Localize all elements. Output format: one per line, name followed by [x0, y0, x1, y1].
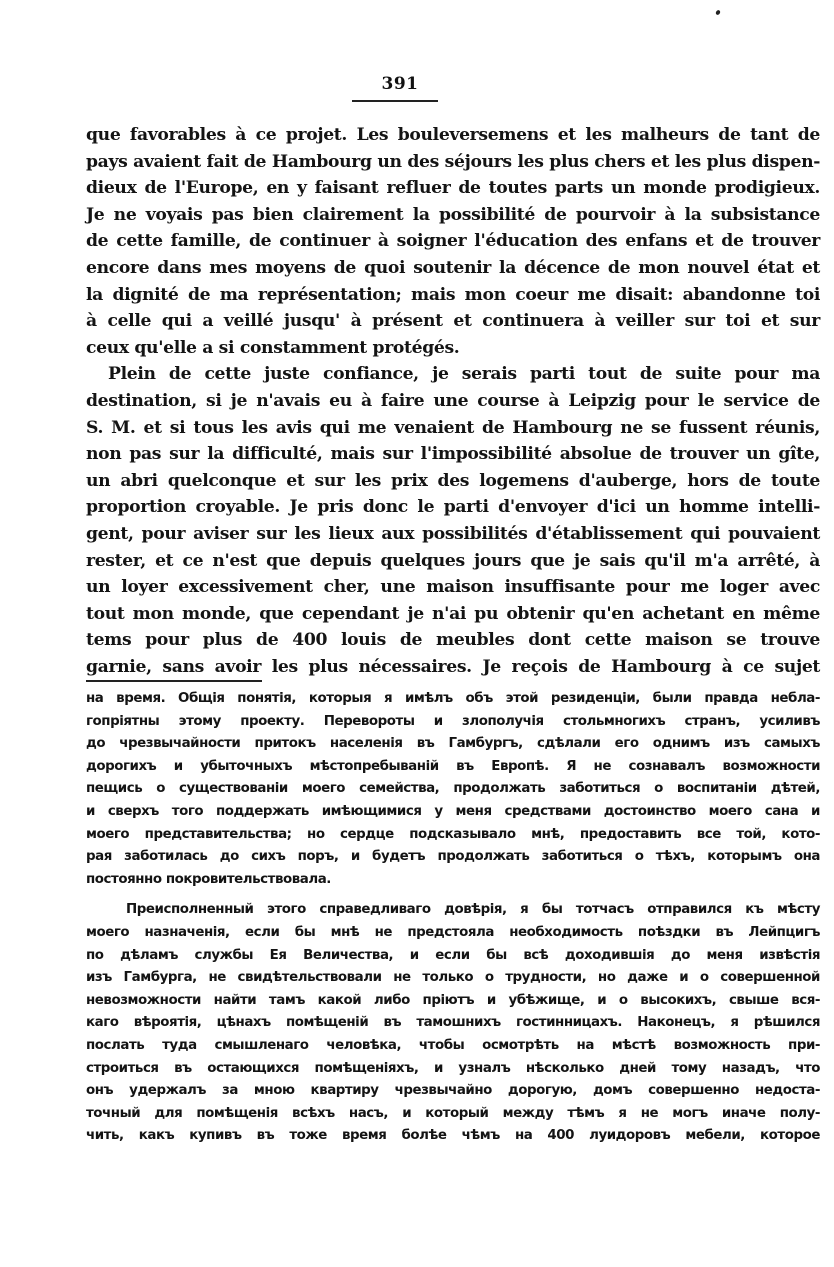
text-line: tems pour plus de 400 louis de meubles d…: [86, 627, 820, 654]
footnote-line: чить, какъ купивъ въ тоже время болѣе чѣ…: [86, 1125, 820, 1148]
footnote-line: строиться въ остающихся помѣщеніяхъ, и у…: [86, 1058, 820, 1081]
text-line: S. M. et si tous les avis qui me venaien…: [86, 415, 820, 442]
footnote-line: онъ удержалъ за мною квартиру чрезвычайн…: [86, 1080, 820, 1103]
text-line: de cette famille, de continuer à soigner…: [86, 228, 820, 255]
text-line: destination, si je n'avais eu à faire un…: [86, 388, 820, 415]
footnote-line: послать туда смышленаго человѣка, чтобы …: [86, 1035, 820, 1058]
page-number-rule: [352, 100, 438, 102]
document-page: 391 que favorables à ce projet. Les boul…: [0, 0, 834, 1267]
footnote-line: пещись о существованіи моего семейства, …: [86, 778, 820, 801]
text-line: encore dans mes moyens de quoi soutenir …: [86, 255, 820, 282]
footnote-line: точный для помѣщенія всѣхъ насъ, и котор…: [86, 1103, 820, 1126]
text-line: Plein de cette juste confiance, je serai…: [86, 361, 820, 388]
footnote-line: по дѣламъ службы Ея Величества, и если б…: [86, 945, 820, 968]
text-line: un abri quelconque et sur les prix des l…: [86, 468, 820, 495]
text-line: pays avaient fait de Hambourg un des séj…: [86, 149, 820, 176]
footnote-line: до чрезвычайности притокъ населенія въ Г…: [86, 733, 820, 756]
footnote-divider: [86, 680, 262, 682]
text-line: proportion croyable. Je pris donc le par…: [86, 494, 820, 521]
paragraph-gap: [86, 891, 820, 899]
footnote-line: дорогихъ и убыточныхъ мѣстопребываній въ…: [86, 756, 820, 779]
text-line: non pas sur la difficulté, mais sur l'im…: [86, 441, 820, 468]
text-line: dieux de l'Europe, en y faisant refluer …: [86, 175, 820, 202]
page-number: 391: [352, 74, 448, 94]
text-line: à celle qui a veillé jusqu' à présent et…: [86, 308, 820, 335]
footnote-line: и сверхъ того поддержать имѣющимися у ме…: [86, 801, 820, 824]
text-line: tout mon monde, que cependant je n'ai pu…: [86, 601, 820, 628]
footnote-line: каго вѣроятія, цѣнахъ помѣщеній въ тамош…: [86, 1012, 820, 1035]
footnote-line: моего назначенія, если бы мнѣ не предсто…: [86, 922, 820, 945]
footnote-line: изъ Гамбурга, не свидѣтельствовали не то…: [86, 967, 820, 990]
text-line: Je ne voyais pas bien clairement la poss…: [86, 202, 820, 229]
text-line: que favorables à ce projet. Les boulever…: [86, 122, 820, 149]
footnote-line: невозможности найти тамъ какой либо прію…: [86, 990, 820, 1013]
text-line: ceux qu'elle a si constamment protégés.: [86, 335, 820, 362]
text-line: un loyer excessivement cher, une maison …: [86, 574, 820, 601]
footnote-russian: на время. Общія понятія, которыя я имѣлъ…: [86, 688, 820, 1148]
scan-speck: [715, 9, 721, 15]
text-line: rester, et ce n'est que depuis quelques …: [86, 548, 820, 575]
main-text-french: que favorables à ce projet. Les boulever…: [86, 122, 820, 680]
footnote-line: гопріятны этому проекту. Перевороты и зл…: [86, 711, 820, 734]
footnote-line: на время. Общія понятія, которыя я имѣлъ…: [86, 688, 820, 711]
footnote-line: Преисполненный этого справедливаго довѣр…: [86, 899, 820, 922]
footnote-line: моего представительства; но сердце подск…: [86, 824, 820, 847]
text-line: garnie, sans avoir les plus nécessaires.…: [86, 654, 820, 681]
footnote-line: рая заботилась до сихъ поръ, и будетъ пр…: [86, 846, 820, 869]
text-line: gent, pour aviser sur les lieux aux poss…: [86, 521, 820, 548]
text-line: la dignité de ma représentation; mais mo…: [86, 282, 820, 309]
footnote-line: постоянно покровительствовала.: [86, 869, 820, 892]
